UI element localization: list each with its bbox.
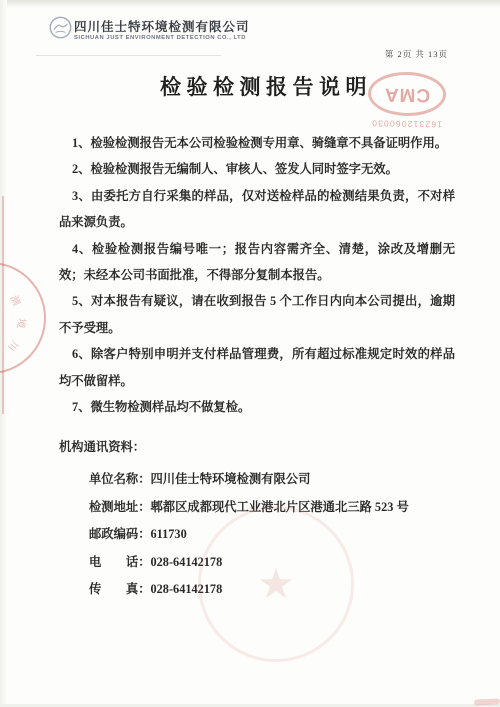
contact-row-address: 检测地址：郫都区成都现代工业港北片区港通北三路 523 号 <box>59 494 455 522</box>
contact-value: 611730 <box>151 527 187 541</box>
scan-edge-top <box>0 0 500 8</box>
seam-seal-character: 川 <box>5 338 19 352</box>
contact-row-postcode: 邮政编码：611730 <box>59 521 455 549</box>
report-note-item-2: 2、检验检测报告无编制人、审核人、签发人同时签字无效。 <box>59 156 455 182</box>
report-note-item-3: 3、由委托方自行采集的样品，仅对送检样品的检测结果负责，不对样品来源负责。 <box>59 183 455 236</box>
page-number: 第 2页 共 13页 <box>0 48 448 60</box>
contact-row-fax: 传 真：028-64142178 <box>59 576 455 604</box>
contact-label: 邮政编码： <box>89 527 151 541</box>
scanned-report-page: 四川佳士特环境检测有限公司 SICHUAN JUST ENVIRONMENT D… <box>0 0 500 707</box>
report-note-item-7: 7、微生物检测样品均不做复检。 <box>59 394 455 420</box>
contact-label: 传 真： <box>89 582 151 596</box>
seam-seal-ink-line <box>2 196 4 414</box>
contact-heading: 机构通讯资料： <box>59 437 455 457</box>
report-note-item-5: 5、对本报告有疑议，请在收到报告 5 个工作日内向本公司提出，逾期不予受理。 <box>59 288 455 341</box>
document-title: 检验检测报告说明 <box>0 71 500 101</box>
contact-label: 电 话： <box>89 555 151 569</box>
company-name-en: SICHUAN JUST ENVIRONMENT DETECTION CO., … <box>74 35 246 41</box>
seam-seal-character: 测 <box>7 294 20 307</box>
contact-value: 028-64142178 <box>151 582 223 596</box>
contact-value: 028-64142178 <box>151 555 223 569</box>
company-logo-icon <box>49 16 72 39</box>
contact-row-company: 单位名称：四川佳士特环境检测有限公司 <box>59 466 455 494</box>
contact-value: 郫都区成都现代工业港北片区港通北三路 523 号 <box>151 500 409 514</box>
report-note-item-1: 1、检验检测报告无本公司检验检测专用章、骑缝章不具备证明作用。 <box>59 130 455 156</box>
report-note-item-4: 4、检验检测报告编号唯一；报告内容需齐全、清楚，涂改及增删无效；未经本公司书面批… <box>59 236 455 289</box>
contact-label: 单位名称： <box>89 472 151 486</box>
contact-row-phone: 电 话：028-64142178 <box>59 549 455 577</box>
seam-seal-character: 境 <box>15 318 26 329</box>
contact-value: 四川佳士特环境检测有限公司 <box>151 472 311 486</box>
report-note-item-6: 6、除客户特别申明并支付样品管理费，所有超过标准规定时效的样品均不做留样。 <box>59 341 455 394</box>
report-notes-list: 1、检验检测报告无本公司检验检测专用章、骑缝章不具备证明作用。 2、检验检测报告… <box>59 130 455 420</box>
contact-info-section: 机构通讯资料： 单位名称：四川佳士特环境检测有限公司 检测地址：郫都区成都现代工… <box>59 437 455 604</box>
cma-stamp-number: 162312060030 <box>371 117 442 129</box>
contact-label: 检测地址： <box>89 500 151 514</box>
company-name-cn: 四川佳士特环境检测有限公司 <box>74 17 250 35</box>
